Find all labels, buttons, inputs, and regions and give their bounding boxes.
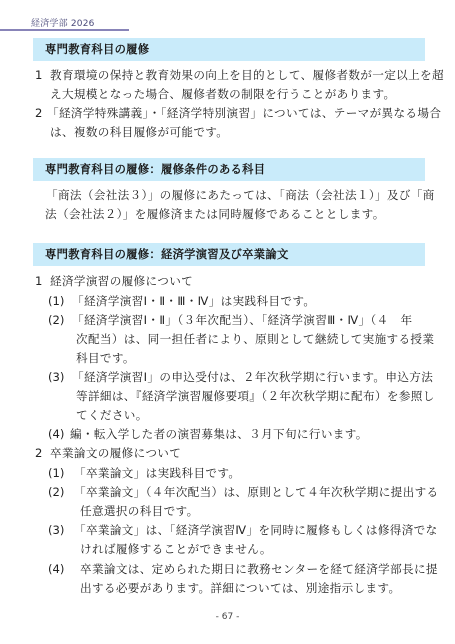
item-number: 2 xyxy=(35,444,42,463)
subitem-line: 等詳細は、『経済学演習履修要項』（２年次秋学期に配布）を参照し xyxy=(76,387,435,406)
subitem-line: 科目です。 xyxy=(76,349,135,368)
item-label: 卒業論文の履修について xyxy=(50,444,181,463)
subitem-line: 「卒業論文」（４年次配当）は、原則として４年次秋学期に提出する xyxy=(74,483,438,502)
section-heading-3: 専門教育科目の履修：経済学演習及び卒業論文 xyxy=(33,243,425,266)
item-line: 教育環境の保持と教育効果の向上を目的として、履修者数が一定以上を超 xyxy=(50,66,444,85)
page-number: - 67 - xyxy=(0,612,455,622)
subitem-line: 出する必要があります。詳細については、別途指示します。 xyxy=(80,579,400,598)
header-rule xyxy=(0,29,129,31)
item-line: え大規模となった場合、履修者数の制限を行うことがあります。 xyxy=(50,85,395,104)
subitem-line: 「経済学演習Ⅰ・Ⅱ・Ⅲ・Ⅳ」は実践科目です。 xyxy=(72,292,315,311)
subitem-number: (1) xyxy=(48,292,64,311)
subitem-line: 「卒業論文」は、「経済学演習Ⅳ」を同時に履修もしくは修得済でな xyxy=(74,521,438,540)
paragraph-line: 法（会社法２）」を履修済または同時履修であることとします。 xyxy=(45,205,385,224)
subitem-line: 卒業論文は、定められた期日に教務センターを経て経済学部長に提 xyxy=(80,560,438,579)
item-number: 2 xyxy=(35,104,42,123)
subitem-line: 「経済学演習Ⅰ」の申込受付は、２年次秋学期に行います。申込方法 xyxy=(72,368,433,387)
subitem-number: (1) xyxy=(48,464,64,483)
item-number: 1 xyxy=(35,66,42,85)
item-label: 経済学演習の履修について xyxy=(50,272,193,291)
subitem-number: (3) xyxy=(48,368,64,387)
section-heading-2: 専門教育科目の履修：履修条件のある科目 xyxy=(33,158,425,181)
subitem-number: (2) xyxy=(48,311,64,330)
subitem-number: (3) xyxy=(48,521,64,540)
subitem-number: (4) xyxy=(48,560,64,579)
subitem-line: てください。 xyxy=(76,406,148,425)
document-header-label: 経済学部 2026 xyxy=(31,16,95,29)
subitem-line: 「経済学演習Ⅰ・Ⅱ」（３年次配当）、「経済学演習Ⅲ・Ⅳ」（４ 年 xyxy=(72,311,412,330)
paragraph-line: 「商法（会社法３）」の履修にあたっては、「商法（会社法１）」及び「商 xyxy=(46,186,435,205)
subitem-line: 「卒業論文」は実践科目です。 xyxy=(74,464,240,483)
subitem-number: (2) xyxy=(48,483,64,502)
subitem-line: 任意選択の科目です。 xyxy=(80,502,199,521)
subitem-line: 編・転入学した者の演習募集は、３月下旬に行います。 xyxy=(70,425,368,444)
item-line: は、複数の科目履修が可能です。 xyxy=(50,123,228,142)
subitem-number: (4) xyxy=(48,425,64,444)
subitem-line: 次配当）は、同一担任者により、原則として継続して実施する授業 xyxy=(76,330,434,349)
item-number: 1 xyxy=(35,272,42,291)
section-heading-1: 専門教育科目の履修 xyxy=(33,38,425,61)
subitem-line: ければ履修することができません。 xyxy=(80,540,272,559)
item-line: 「経済学特殊講義」・「経済学特別演習」については、テーマが異なる場合 xyxy=(47,104,441,123)
